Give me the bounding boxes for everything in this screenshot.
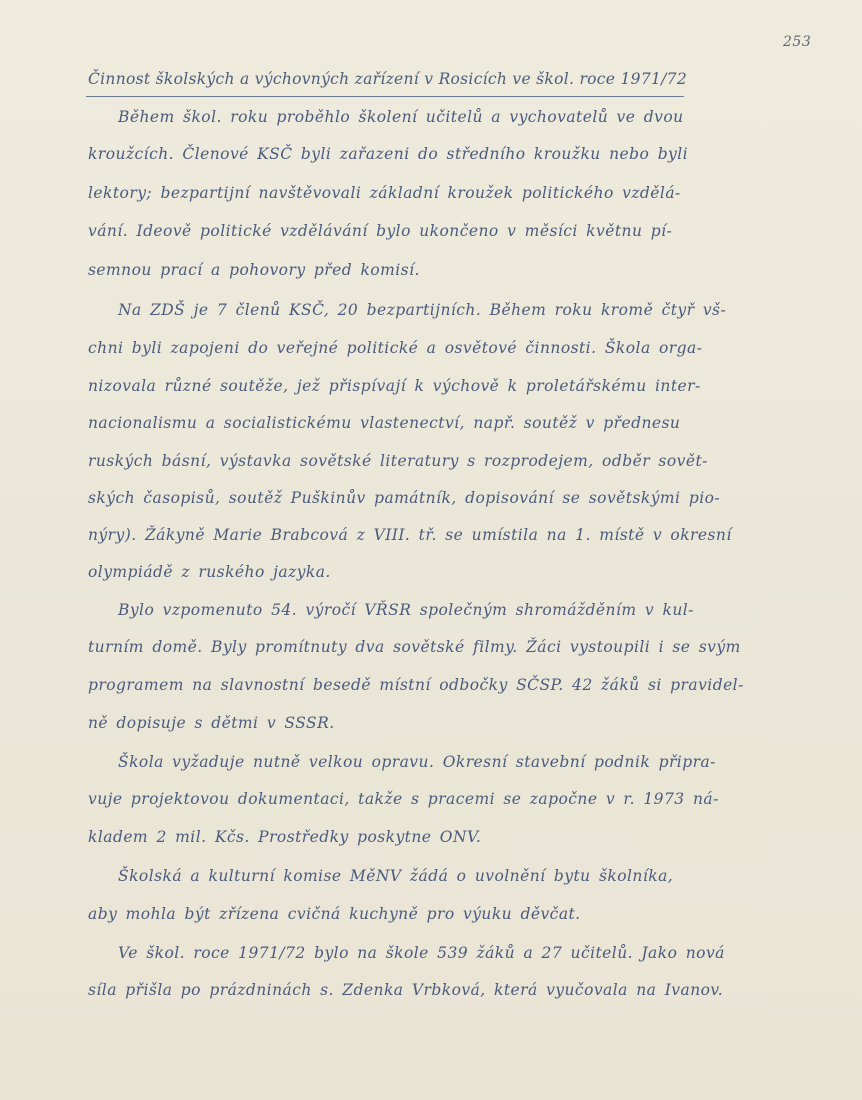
text-line: lektory; bezpartijní navštěvovali základ… <box>88 184 798 202</box>
text-line: Škola vyžaduje nutně velkou opravu. Okre… <box>118 753 828 771</box>
text-line: chni byli zapojeni do veřejné politické … <box>88 339 798 357</box>
text-line: programem na slavnostní besedě místní od… <box>88 676 798 694</box>
text-line: kroužcích. Členové KSČ byli zařazeni do … <box>88 145 798 163</box>
text-line: semnou prací a pohovory před komisí. <box>88 261 798 279</box>
page-number: 253 <box>783 34 811 50</box>
text-line: olympiádě z ruského jazyka. <box>88 563 798 581</box>
text-line: turním domě. Byly promítnuty dva sovětsk… <box>88 638 798 656</box>
text-line: kladem 2 mil. Kčs. Prostředky poskytne O… <box>88 828 798 846</box>
text-line: nýry). Žákyně Marie Brabcová z VIII. tř.… <box>88 526 798 544</box>
text-line: Ve škol. roce 1971/72 bylo na škole 539 … <box>118 944 828 962</box>
text-line: Během škol. roku proběhlo školení učitel… <box>118 108 828 126</box>
text-line: aby mohla být zřízena cvičná kuchyně pro… <box>88 905 798 923</box>
text-line: nacionalismu a socialistickému vlastenec… <box>88 414 798 432</box>
page-title: Činnost školských a výchovných zařízení … <box>88 70 788 88</box>
text-line: vání. Ideově politické vzdělávání bylo u… <box>88 222 798 240</box>
text-line: síla přišla po prázdninách s. Zdenka Vrb… <box>88 981 798 999</box>
text-line: Bylo vzpomenuto 54. výročí VŘSR společný… <box>118 601 828 619</box>
text-line: vuje projektovou dokumentaci, takže s pr… <box>88 790 798 808</box>
text-line: ruských básní, výstavka sovětské literat… <box>88 452 798 470</box>
text-line: Školská a kulturní komise MěNV žádá o uv… <box>118 867 828 885</box>
text-line: ně dopisuje s dětmi v SSSR. <box>88 714 798 732</box>
text-line: ských časopisů, soutěž Puškinův památník… <box>88 489 798 507</box>
text-line: Na ZDŠ je 7 členů KSČ, 20 bezpartijních.… <box>118 301 828 319</box>
handwritten-page: 253 Činnost školských a výchovných zaříz… <box>0 0 862 1100</box>
title-underline <box>86 96 684 97</box>
text-line: nizovala různé soutěže, jež přispívají k… <box>88 377 798 395</box>
